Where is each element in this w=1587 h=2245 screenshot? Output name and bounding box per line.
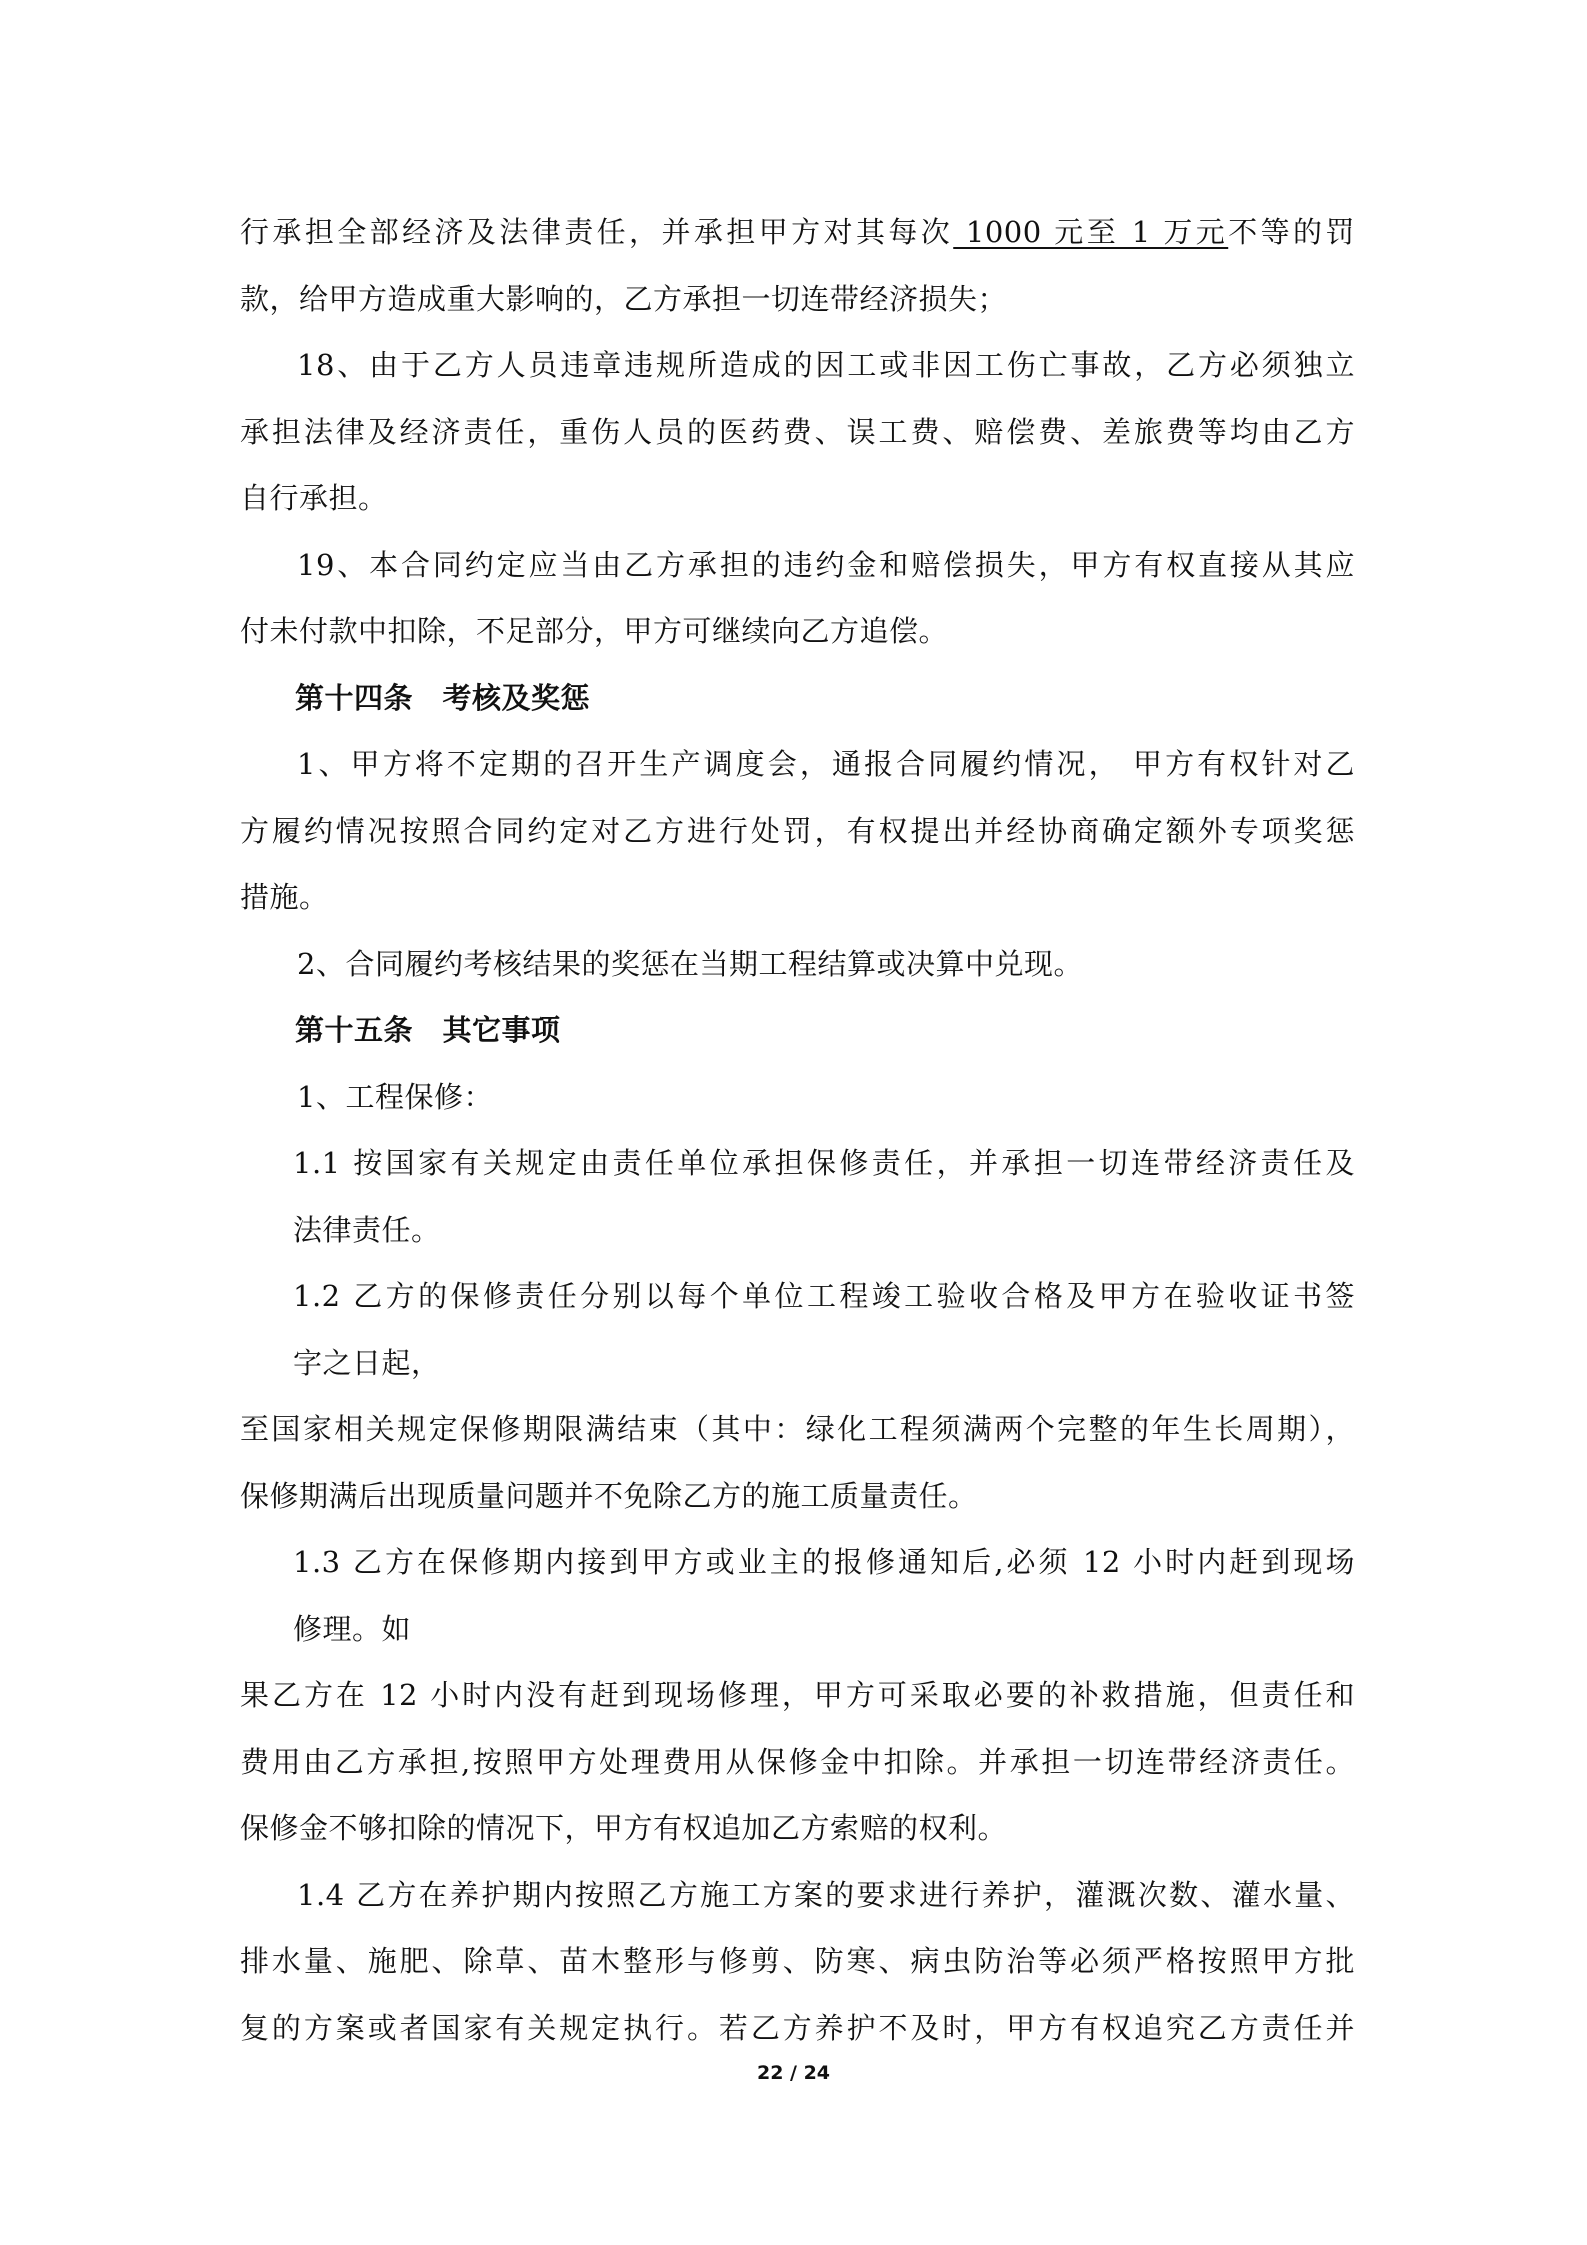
clause-15-1-2: 1.2 乙方的保修责任分别以每个单位工程竣工验收合格及甲方在验收证书签: [293, 1276, 1355, 1316]
clause-14-1: 1、甲方将不定期的召开生产调度会，通报合同履约情况， 甲方有权针对乙: [297, 744, 1355, 784]
clause-15-1-4: 1.4 乙方在养护期内按照乙方施工方案的要求进行养护，灌溉次数、灌水量、: [297, 1875, 1355, 1915]
document-page: 行承担全部经济及法律责任，并承担甲方对其每次 1000 元至 1 万元不等的罚 …: [0, 0, 1587, 2245]
clause-14-2: 2、合同履约考核结果的奖惩在当期工程结算或决算中兑现。: [297, 944, 1412, 984]
text-segment: 行承担全部经济及法律责任，并承担甲方对其每次: [240, 215, 953, 249]
page-number: 22 / 24: [0, 2062, 1587, 2084]
text-line: 至国家相关规定保修期限满结束（其中：绿化工程须满两个完整的年生长周期），: [240, 1409, 1355, 1449]
text-line: 行承担全部经济及法律责任，并承担甲方对其每次 1000 元至 1 万元不等的罚: [240, 212, 1355, 252]
text-line: 付未付款中扣除，不足部分，甲方可继续向乙方追偿。: [240, 611, 1355, 651]
text-line: 保修金不够扣除的情况下，甲方有权追加乙方索赔的权利。: [240, 1808, 1355, 1848]
text-line: 款，给甲方造成重大影响的，乙方承担一切连带经济损失；: [240, 279, 1355, 319]
clause-18: 18、由于乙方人员违章违规所造成的因工或非因工伤亡事故，乙方必须独立: [297, 345, 1355, 385]
text-line: 法律责任。: [293, 1210, 1408, 1250]
text-line: 方履约情况按照合同约定对乙方进行处罚，有权提出并经协商确定额外专项奖惩: [240, 811, 1355, 851]
clause-15-1-3: 1.3 乙方在保修期内接到甲方或业主的报修通知后,必须 12 小时内赶到现场: [293, 1542, 1355, 1582]
underlined-amount: 1000 元至 1 万元: [953, 215, 1228, 249]
text-line: 自行承担。: [240, 478, 1355, 518]
clause-15-1-1: 1.1 按国家有关规定由责任单位承担保修责任，并承担一切连带经济责任及: [293, 1143, 1355, 1183]
text-line: 保修期满后出现质量问题并不免除乙方的施工质量责任。: [240, 1476, 1355, 1516]
text-line: 承担法律及经济责任，重伤人员的医药费、误工费、赔偿费、差旅费等均由乙方: [240, 412, 1355, 452]
text-line: 复的方案或者国家有关规定执行。若乙方养护不及时，甲方有权追究乙方责任并: [240, 2008, 1355, 2048]
text-segment: 不等的罚: [1228, 215, 1355, 249]
text-line: 字之日起，: [293, 1343, 1408, 1383]
text-line: 措施。: [240, 877, 1355, 917]
text-line: 修理。如: [293, 1609, 1408, 1649]
section-heading-15: 第十五条 其它事项: [295, 1010, 1410, 1050]
text-line: 排水量、施肥、除草、苗木整形与修剪、防寒、病虫防治等必须严格按照甲方批: [240, 1941, 1355, 1981]
text-line: 费用由乙方承担,按照甲方处理费用从保修金中扣除。并承担一切连带经济责任。: [240, 1742, 1355, 1782]
text-line: 果乙方在 12 小时内没有赶到现场修理，甲方可采取必要的补救措施，但责任和: [240, 1675, 1355, 1715]
clause-19: 19、本合同约定应当由乙方承担的违约金和赔偿损失，甲方有权直接从其应: [297, 545, 1355, 585]
clause-15-1: 1、工程保修：: [297, 1077, 1412, 1117]
section-heading-14: 第十四条 考核及奖惩: [295, 678, 1410, 718]
